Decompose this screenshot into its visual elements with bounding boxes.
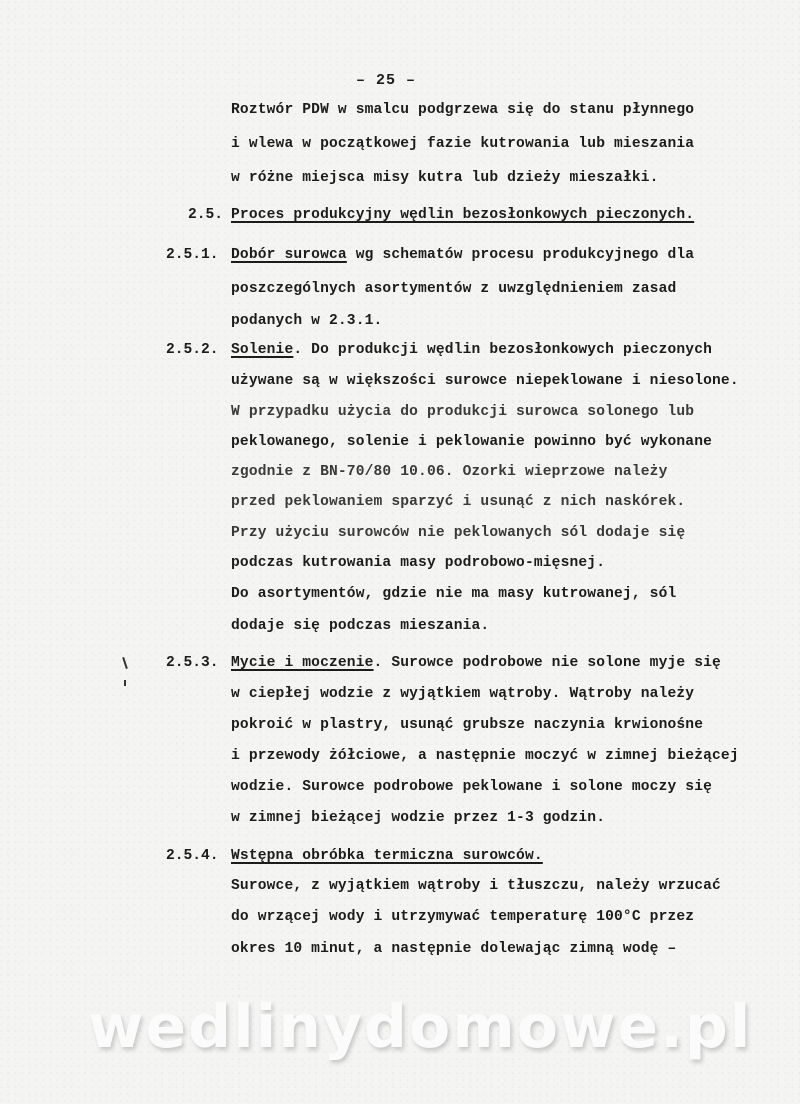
margin-mark	[122, 657, 128, 669]
section-first-line: Solenie. Do produkcji wędlin bezosłonkow…	[231, 342, 712, 358]
section-line: pokroić w plastry, usunąć grubsze naczyn…	[231, 717, 703, 733]
section-line: poszczególnych asortymentów z uwzględnie…	[231, 281, 676, 297]
section-line: w zimnej bieżącej wodzie przez 1-3 godzi…	[231, 810, 605, 826]
section-text: . Do produkcji wędlin bezosłonkowych pie…	[293, 342, 712, 358]
section-number: 2.5.3.	[166, 655, 219, 671]
page-number: – 25 –	[356, 72, 416, 89]
section-line: Do asortymentów, gdzie nie ma masy kutro…	[231, 586, 676, 602]
margin-mark	[124, 680, 126, 686]
section-number: 2.5.	[188, 207, 223, 223]
section-line: używane są w większości surowce niepeklo…	[231, 373, 739, 389]
section-line: i przewody żółciowe, a następnie moczyć …	[231, 748, 739, 764]
section-line: zgodnie z BN-70/80 10.06. Ozorki wieprzo…	[231, 464, 667, 480]
section-title: Proces produkcyjny wędlin bezosłonkowych…	[231, 207, 694, 223]
section-first-line: Dobór surowca wg schematów procesu produ…	[231, 247, 694, 263]
section-text: wg schematów procesu produkcyjnego dla	[347, 247, 694, 263]
section-line: dodaje się podczas mieszania.	[231, 618, 489, 634]
section-number: 2.5.1.	[166, 247, 219, 263]
section-number: 2.5.2.	[166, 342, 219, 358]
section-first-line: Mycie i moczenie. Surowce podrobowe nie …	[231, 655, 721, 671]
intro-line: w różne miejsca misy kutra lub dzieży mi…	[231, 170, 659, 186]
section-title: Solenie	[231, 342, 293, 358]
intro-line: Roztwór PDW w smalcu podgrzewa się do st…	[231, 102, 694, 118]
section-line: przed peklowaniem sparzyć i usunąć z nic…	[231, 494, 685, 510]
section-heading: Wstępna obróbka termiczna surowców.	[231, 848, 543, 864]
section-line: wodzie. Surowce podrobowe peklowane i so…	[231, 779, 712, 795]
intro-line: i wlewa w początkowej fazie kutrowania l…	[231, 136, 694, 152]
section-line: do wrzącej wody i utrzymywać temperaturę…	[231, 909, 694, 925]
section-line: Surowce, z wyjątkiem wątroby i tłuszczu,…	[231, 878, 721, 894]
section-title: Wstępna obróbka termiczna surowców.	[231, 848, 543, 864]
section-number: 2.5.4.	[166, 848, 219, 864]
section-heading: Proces produkcyjny wędlin bezosłonkowych…	[231, 207, 694, 223]
section-line: podczas kutrowania masy podrobowo-mięsne…	[231, 555, 605, 571]
section-text: . Surowce podrobowe nie solone myje się	[374, 655, 721, 671]
watermark: wedlinydomowe.pl	[88, 992, 752, 1062]
section-title: Dobór surowca	[231, 247, 347, 263]
section-line: w ciepłej wodzie z wyjątkiem wątroby. Wą…	[231, 686, 694, 702]
section-title: Mycie i moczenie	[231, 655, 374, 671]
section-line: podanych w 2.3.1.	[231, 313, 382, 329]
section-line: Przy użyciu surowców nie peklowanych sól…	[231, 525, 685, 541]
section-line: W przypadku użycia do produkcji surowca …	[231, 404, 694, 420]
section-line: okres 10 minut, a następnie dolewając zi…	[231, 941, 676, 957]
section-line: peklowanego, solenie i peklowanie powinn…	[231, 434, 712, 450]
